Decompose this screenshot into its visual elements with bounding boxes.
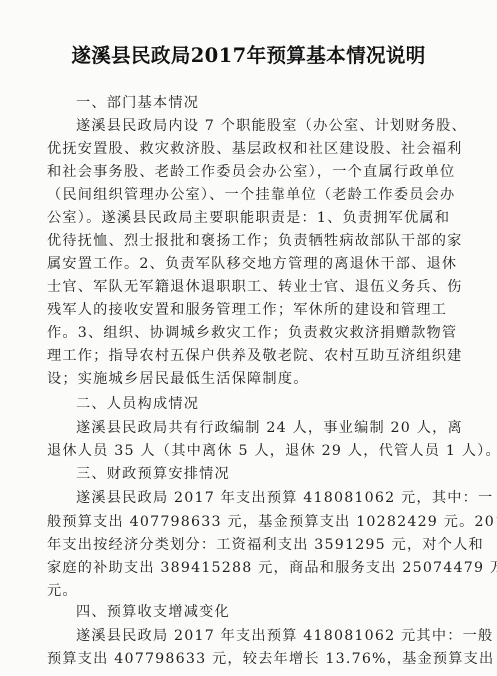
paragraph-line: 退休人员 35 人（其中离休 5 人，退休 29 人，代管人员 1 人）。 [47,442,447,460]
paragraph-line: 元。 [47,582,447,600]
paragraph-line: 优抚安置股、救灾救济股、基层政权和社区建设股、社会福利 [47,140,447,158]
paragraph-line: 属安置工作。2、负责军队移交地方管理的离退休干部、退休 [47,255,447,273]
document-page: 遂溪县民政局2017年预算基本情况说明 一、部门基本情况 遂溪县民政局内设 7 … [0,0,497,676]
paragraph-line: 设；实施城乡居民最低生活保障制度。 [47,370,447,388]
paragraph-line: 公室）。遂溪县民政局主要职能职责是：1、负责拥军优属和 [47,209,447,227]
paragraph-line: 般预算支出 407798633 元，基金预算支出 10282429 元。2017 [47,513,447,531]
paragraph-line: 残军人的接收安置和服务管理工作；军休所的建设和管理工 [47,301,447,319]
section-heading-3: 三、财政预算安排情况 [76,465,476,483]
paragraph-line: 和社会事务股、老龄工作委员会办公室），一个直属行政单位 [47,163,447,181]
document-title: 遂溪县民政局2017年预算基本情况说明 [0,40,497,68]
paragraph-line: 遂溪县民政局 2017 年支出预算 418081062 元，其中：一 [76,489,476,507]
section-heading-4: 四、预算收支增减变化 [76,603,476,621]
paragraph-line: 预算支出 407798633 元，较去年增长 13.76%，基金预算支出 [47,650,447,668]
paragraph-line: 遂溪县民政局内设 7 个职能股室（办公室、计划财务股、 [76,117,476,135]
paragraph-line: 年支出按经济分类划分：工资福利支出 3591295 元，对个人和 [47,536,447,554]
section-heading-1: 一、部门基本情况 [76,94,476,112]
section-heading-2: 二、人员构成情况 [76,395,476,413]
paragraph-line: 家庭的补助支出 389415288 元，商品和服务支出 25074479 万 [47,559,447,577]
paragraph-line: 作。3、组织、协调城乡救灾工作；负责救灾救济捐赠款物管 [47,324,447,342]
paragraph-line: 遂溪县民政局 2017 年支出预算 418081062 元其中：一般 [76,627,476,645]
paragraph-line: （民间组织管理办公室）、一个挂靠单位（老龄工作委员会办 [47,186,447,204]
paragraph-line: 遂溪县民政局共有行政编制 24 人，事业编制 20 人，离 [76,419,476,437]
paragraph-line: 优待抚恤、烈士报批和褒扬工作；负责牺牲病故部队干部的家 [47,232,447,250]
paragraph-line: 士官、军队无军籍退休退职职工、转业士官、退伍义务兵、伤 [47,278,447,296]
paragraph-line: 理工作；指导农村五保户供养及敬老院、农村互助互济组织建 [47,347,447,365]
